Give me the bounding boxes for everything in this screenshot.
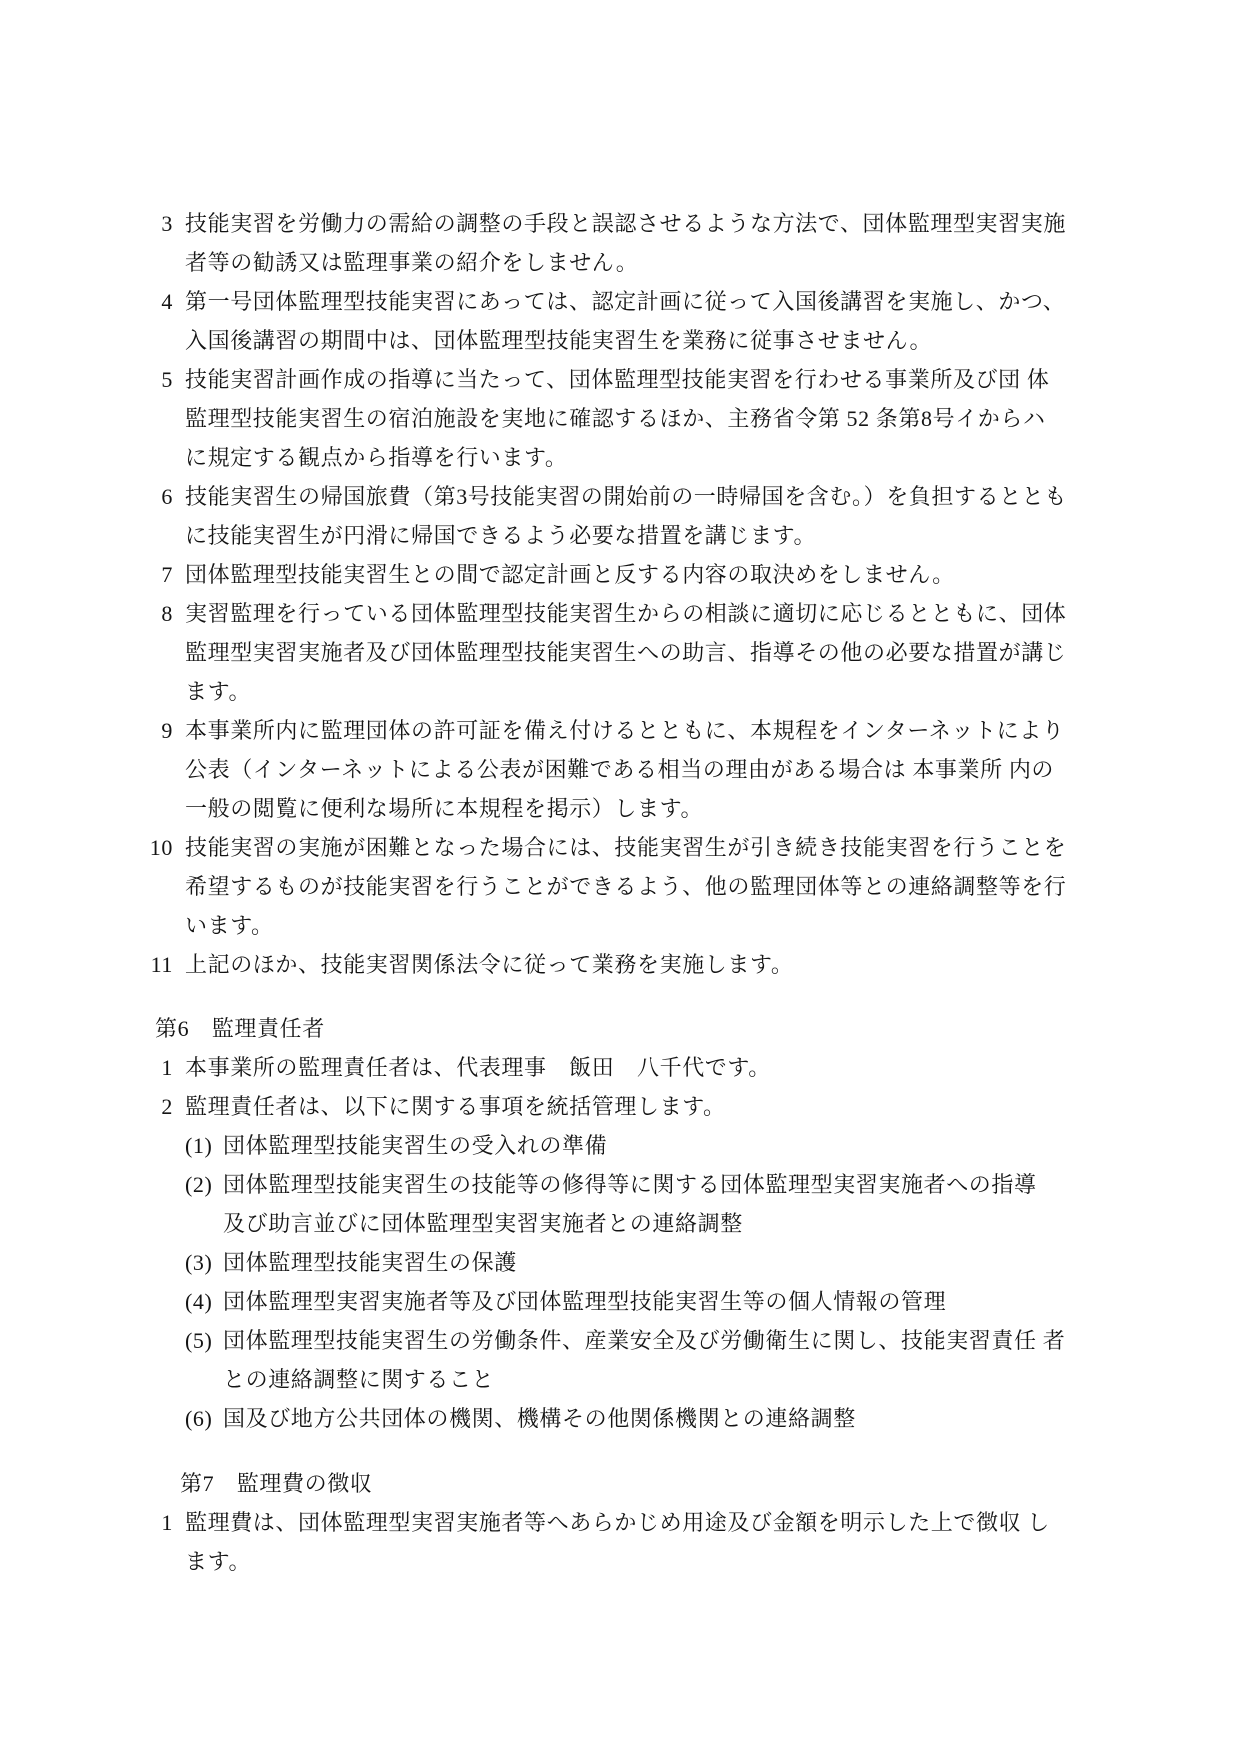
numbered-item: 1 監理費は、団体監理型実習実施者等へあらかじめ用途及び金額を明示した上で徴収 … <box>145 1503 1101 1581</box>
section-7-heading: 第7 監理費の徴収 <box>180 1464 1101 1503</box>
item-number: 4 <box>145 282 173 321</box>
item-text: 上記のほか、技能実習関係法令に従って業務を実施します。 <box>185 945 793 984</box>
sub-item-text: 団体監理型実習実施者等及び団体監理型技能実習生等の個人情報の管理 <box>223 1282 946 1321</box>
item-number: 1 <box>145 1503 173 1542</box>
sub-item: (4) 団体監理型実習実施者等及び団体監理型技能実習生等の個人情報の管理 <box>185 1282 1101 1321</box>
sub-item-text: 団体監理型技能実習生の受入れの準備 <box>223 1126 607 1165</box>
numbered-item: 5 技能実習計画作成の指導に当たって、団体監理型技能実習を行わせる事業所及び団 … <box>145 360 1101 477</box>
numbered-item: 8 実習監理を行っている団体監理型技能実習生からの相談に適切に応じるとともに、団… <box>145 594 1101 711</box>
sub-item-text: 団体監理型技能実習生の技能等の修得等に関する団体監理型実習実施者への指導 及び助… <box>223 1165 1037 1243</box>
item-text: 監理費は、団体監理型実習実施者等へあらかじめ用途及び金額を明示した上で徴収 し … <box>185 1503 1050 1581</box>
item-number: 8 <box>145 594 173 633</box>
sub-item-text: 団体監理型技能実習生の労働条件、産業安全及び労働衛生に関し、技能実習責任 者 と… <box>223 1321 1065 1399</box>
numbered-item: 6 技能実習生の帰国旅費（第3号技能実習の開始前の一時帰国を含む。）を負担すると… <box>145 477 1101 555</box>
sub-item-text: 国及び地方公共団体の機関、機構その他関係機関との連絡調整 <box>223 1399 856 1438</box>
numbered-item: 9 本事業所内に監理団体の許可証を備え付けるとともに、本規程をインターネットによ… <box>145 711 1101 828</box>
item-number: 2 <box>145 1087 173 1126</box>
numbered-item: 2 監理責任者は、以下に関する事項を統括管理します。 <box>145 1087 1101 1126</box>
sub-item: (6) 国及び地方公共団体の機関、機構その他関係機関との連絡調整 <box>185 1399 1101 1438</box>
section-6-heading: 第6 監理責任者 <box>155 1009 1101 1048</box>
item-text: 技能実習生の帰国旅費（第3号技能実習の開始前の一時帰国を含む。）を負担するととも… <box>185 477 1067 555</box>
sub-item-marker: (3) <box>185 1243 215 1282</box>
document-page: 3 技能実習を労働力の需給の調整の手段と誤認させるような方法で、団体監理型実習実… <box>0 0 1241 1755</box>
item-number: 1 <box>145 1048 173 1087</box>
numbered-item: 1 本事業所の監理責任者は、代表理事 飯田 八千代です。 <box>145 1048 1101 1087</box>
item-number: 5 <box>145 360 173 399</box>
item-text: 技能実習を労働力の需給の調整の手段と誤認させるような方法で、団体監理型実習実施 … <box>185 204 1066 282</box>
item-number: 9 <box>145 711 173 750</box>
sub-item: (3) 団体監理型技能実習生の保護 <box>185 1243 1101 1282</box>
numbered-item: 10 技能実習の実施が困難となった場合には、技能実習生が引き続き技能実習を行うこ… <box>145 828 1101 945</box>
item-text: 本事業所の監理責任者は、代表理事 飯田 八千代です。 <box>185 1048 771 1087</box>
item-text: 実習監理を行っている団体監理型技能実習生からの相談に適切に応じるとともに、団体 … <box>185 594 1066 711</box>
sub-item-text: 団体監理型技能実習生の保護 <box>223 1243 517 1282</box>
item-number: 10 <box>145 828 173 867</box>
item-text: 団体監理型技能実習生との間で認定計画と反する内容の取決めをしません。 <box>185 555 955 594</box>
sub-item-marker: (6) <box>185 1399 215 1438</box>
numbered-item: 11 上記のほか、技能実習関係法令に従って業務を実施します。 <box>145 945 1101 984</box>
item-text: 技能実習の実施が困難となった場合には、技能実習生が引き続き技能実習を行うことを … <box>185 828 1066 945</box>
item-text: 技能実習計画作成の指導に当たって、団体監理型技能実習を行わせる事業所及び団 体 … <box>185 360 1049 477</box>
numbered-item: 7 団体監理型技能実習生との間で認定計画と反する内容の取決めをしません。 <box>145 555 1101 594</box>
sub-item: (2) 団体監理型技能実習生の技能等の修得等に関する団体監理型実習実施者への指導… <box>185 1165 1101 1243</box>
sub-item-marker: (5) <box>185 1321 215 1360</box>
numbered-item: 3 技能実習を労働力の需給の調整の手段と誤認させるような方法で、団体監理型実習実… <box>145 204 1101 282</box>
sub-item: (1) 団体監理型技能実習生の受入れの準備 <box>185 1126 1101 1165</box>
item-number: 11 <box>145 945 173 984</box>
item-text: 本事業所内に監理団体の許可証を備え付けるとともに、本規程をインターネットにより … <box>185 711 1064 828</box>
numbered-item: 4 第一号団体監理型技能実習にあっては、認定計画に従って入国後講習を実施し、かつ… <box>145 282 1101 360</box>
item-text: 第一号団体監理型技能実習にあっては、認定計画に従って入国後講習を実施し、かつ、 … <box>185 282 1065 360</box>
sub-item: (5) 団体監理型技能実習生の労働条件、産業安全及び労働衛生に関し、技能実習責任… <box>185 1321 1101 1399</box>
sub-item-marker: (1) <box>185 1126 215 1165</box>
sub-item-marker: (2) <box>185 1165 215 1204</box>
sub-item-marker: (4) <box>185 1282 215 1321</box>
item-number: 7 <box>145 555 173 594</box>
item-text: 監理責任者は、以下に関する事項を統括管理します。 <box>185 1087 726 1126</box>
item-number: 6 <box>145 477 173 516</box>
item-number: 3 <box>145 204 173 243</box>
